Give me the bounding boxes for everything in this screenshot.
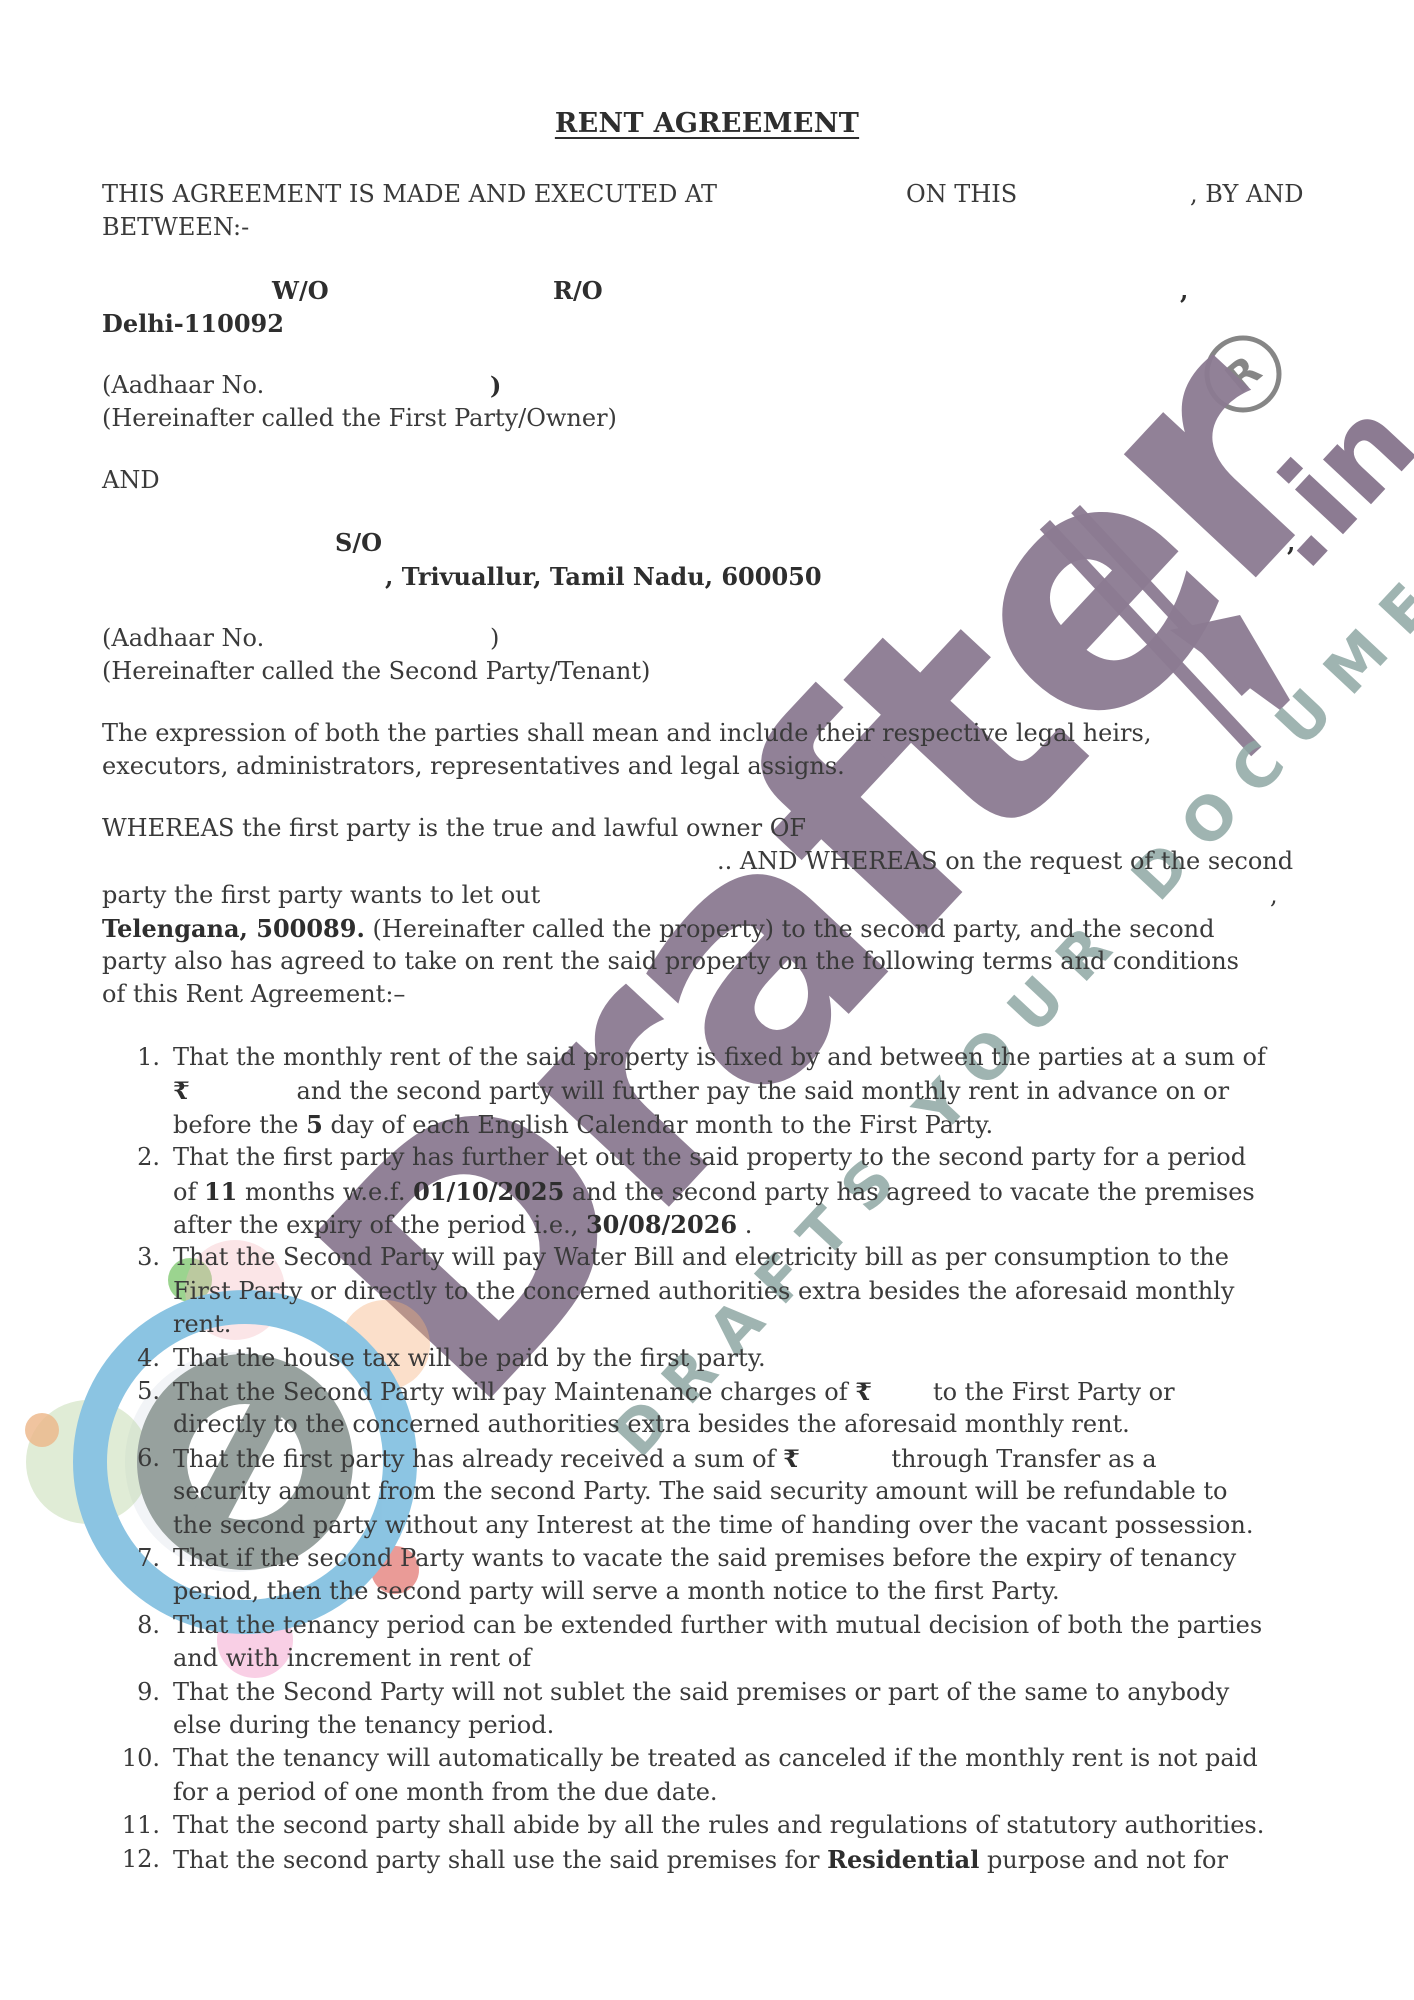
clause-line: That the tenancy period can be extended … [173, 1609, 1262, 1642]
expression-line-1: The expression of both the parties shall… [102, 717, 1151, 750]
clause-line: That the second party shall abide by all… [173, 1809, 1264, 1842]
whereas-line-2: .. AND WHEREAS on the request of the sec… [717, 845, 1293, 878]
clause-line: directly to the concerned authorities ex… [173, 1408, 1130, 1441]
whereas-line-6: of this Rent Agreement:– [102, 978, 405, 1011]
clause-number: 10. [100, 1742, 160, 1775]
clause-line: rent. [173, 1308, 231, 1341]
clause-line: That the first party has further let out… [173, 1141, 1246, 1174]
clause-number: 6. [100, 1442, 160, 1475]
second-party-aadhaar-label: (Aadhaar No. [102, 622, 264, 655]
clause-line: That the monthly rent of the said proper… [173, 1041, 1266, 1074]
intro-text-part3: , BY AND [1190, 178, 1304, 211]
clause-line: of 11 months w.e.f. 01/10/2025 and the s… [173, 1175, 1255, 1209]
clause-line: ₹ and the second party will further pay … [173, 1074, 1229, 1108]
clause-line: else during the tenancy period. [173, 1709, 554, 1742]
clause-line: First Party or directly to the concerned… [173, 1275, 1234, 1308]
and-separator: AND [102, 464, 160, 497]
document-content: RENT AGREEMENT THIS AGREEMENT IS MADE AN… [0, 0, 1414, 2000]
first-party-aadhaar-label: (Aadhaar No. [102, 369, 264, 402]
second-party-called: (Hereinafter called the Second Party/Ten… [102, 655, 650, 688]
clause-line: period, then the second party will serve… [173, 1575, 1060, 1608]
clause-number: 12. [100, 1843, 160, 1876]
clause-number: 5. [100, 1375, 160, 1408]
clause-line: That the Second Party will pay Water Bil… [173, 1241, 1229, 1274]
first-party-aadhaar-close: ) [490, 369, 501, 402]
clause-line: That if the second Party wants to vacate… [173, 1542, 1236, 1575]
document-page: R Drafter .in DRAFTS YOUR DOCUMENT [0, 0, 1414, 2000]
first-party-relation: W/O [272, 274, 329, 307]
intro-text-part1: THIS AGREEMENT IS MADE AND EXECUTED AT [102, 178, 717, 211]
clause-line: That the Second Party will not sublet th… [173, 1676, 1229, 1709]
first-party-city: Delhi-110092 [102, 307, 284, 340]
whereas-line-3-comma: , [1270, 879, 1278, 912]
page-title: RENT AGREEMENT [0, 108, 1414, 139]
clause-line: security amount from the second Party. T… [173, 1475, 1227, 1508]
clause-number: 2. [100, 1141, 160, 1174]
second-party-relation: S/O [335, 526, 382, 559]
clause-number: 3. [100, 1241, 160, 1274]
clause-number: 4. [100, 1342, 160, 1375]
clause-line: That the first party has already receive… [173, 1442, 1157, 1476]
property-location: Telengana, 500089. [102, 914, 365, 943]
clause-line: That the second party shall use the said… [173, 1843, 1228, 1877]
clause-number: 11. [100, 1809, 160, 1842]
clause-number: 9. [100, 1676, 160, 1709]
second-party-comma: , [1287, 526, 1295, 559]
first-party-residence: R/O [553, 274, 603, 307]
second-party-address: , Trivuallur, Tamil Nadu, 600050 [385, 560, 822, 593]
clause-line: and with increment in rent of [173, 1642, 531, 1675]
clause-number: 7. [100, 1542, 160, 1575]
intro-between: BETWEEN:- [102, 211, 249, 244]
whereas-line-3: party the first party wants to let out [102, 879, 540, 912]
clause-number: 1. [100, 1041, 160, 1074]
clause-line: That the house tax will be paid by the f… [173, 1342, 766, 1375]
clause-line: before the 5 day of each English Calenda… [173, 1108, 993, 1142]
clause-line: That the Second Party will pay Maintenan… [173, 1375, 1175, 1409]
whereas-line-1: WHEREAS the first party is the true and … [102, 812, 806, 845]
first-party-comma: , [1180, 274, 1188, 307]
intro-text-part2: ON THIS [906, 178, 1017, 211]
clause-line: after the expiry of the period i.e., 30/… [173, 1208, 752, 1242]
second-party-aadhaar-close: ) [490, 622, 499, 655]
whereas-line-4: Telengana, 500089. (Hereinafter called t… [102, 912, 1215, 946]
first-party-called: (Hereinafter called the First Party/Owne… [102, 402, 617, 435]
clause-line: the second party without any Interest at… [173, 1509, 1253, 1542]
clause-line: That the tenancy will automatically be t… [173, 1742, 1258, 1775]
whereas-line-5: party also has agreed to take on rent th… [102, 945, 1239, 978]
clause-line: for a period of one month from the due d… [173, 1776, 718, 1809]
clause-number: 8. [100, 1609, 160, 1642]
expression-line-2: executors, administrators, representativ… [102, 750, 845, 783]
